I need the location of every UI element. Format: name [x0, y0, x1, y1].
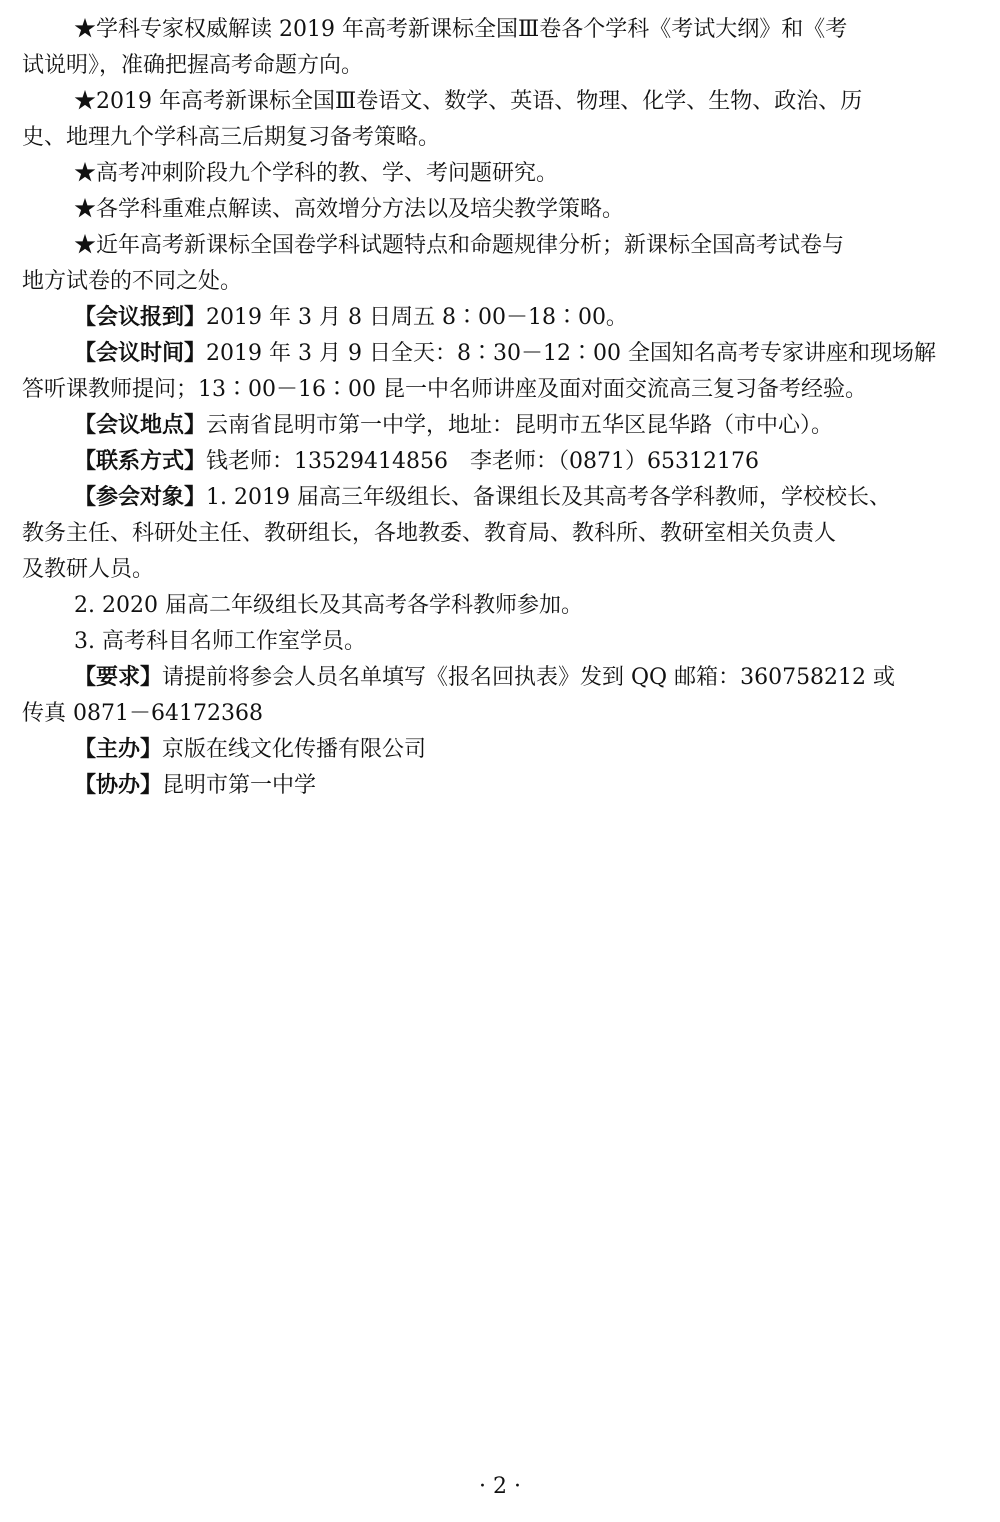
participants-label: 【参会对象】: [74, 485, 206, 510]
host-line: 【主办】京版在线文化传播有限公司: [74, 734, 426, 766]
participants-text-1: 1. 2019 届高三年级组长、备课组长及其高考各学科教师，学校校长、: [206, 485, 891, 510]
cohost-line: 【协办】昆明市第一中学: [74, 770, 316, 802]
requirement-line: 【要求】请提前将参会人员名单填写《报名回执表》发到 QQ 邮箱：36075821…: [74, 662, 895, 694]
requirement-text-1: 请提前将参会人员名单填写《报名回执表》发到 QQ 邮箱：360758212 或: [162, 665, 895, 690]
host-text: 京版在线文化传播有限公司: [162, 737, 426, 762]
highlight-5-line2: 地方试卷的不同之处。: [22, 266, 242, 298]
cohost-label: 【协办】: [74, 773, 162, 798]
page-number: · 2 ·: [0, 1474, 1000, 1499]
cohost-text: 昆明市第一中学: [162, 773, 316, 798]
location-line: 【会议地点】云南省昆明市第一中学，地址：昆明市五华区昆华路（市中心）。: [74, 410, 833, 442]
participants-item-2: 2. 2020 届高二年级组长及其高考各学科教师参加。: [74, 590, 583, 622]
participants-text-2: 教务主任、科研处主任、教研组长，各地教委、教育局、教科所、教研室相关负责人: [22, 518, 836, 550]
host-label: 【主办】: [74, 737, 162, 762]
highlight-2-line1: ★2019 年高考新课标全国Ⅲ卷语文、数学、英语、物理、化学、生物、政治、历: [74, 86, 862, 118]
highlight-5-line1: ★近年高考新课标全国卷学科试题特点和命题规律分析；新课标全国高考试卷与: [74, 230, 844, 262]
registration-line: 【会议报到】2019 年 3 月 8 日周五 8∶00－18∶00。: [74, 302, 628, 334]
participants-item-3: 3. 高考科目名师工作室学员。: [74, 626, 366, 658]
registration-text: 2019 年 3 月 8 日周五 8∶00－18∶00。: [206, 305, 628, 330]
contact-line: 【联系方式】钱老师：13529414856 李老师：（0871）65312176: [74, 446, 759, 478]
participants-line: 【参会对象】1. 2019 届高三年级组长、备课组长及其高考各学科教师，学校校长…: [74, 482, 891, 514]
time-label: 【会议时间】: [74, 341, 206, 366]
highlight-3: ★高考冲刺阶段九个学科的教、学、考问题研究。: [74, 158, 558, 190]
contact-text: 钱老师：13529414856 李老师：（0871）65312176: [206, 449, 759, 474]
location-label: 【会议地点】: [74, 413, 206, 438]
registration-label: 【会议报到】: [74, 305, 206, 330]
requirement-text-2: 传真 0871－64172368: [22, 698, 263, 730]
highlight-4: ★各学科重难点解读、高效增分方法以及培尖教学策略。: [74, 194, 624, 226]
location-text: 云南省昆明市第一中学，地址：昆明市五华区昆华路（市中心）。: [206, 413, 833, 438]
highlight-1-line2: 试说明》，准确把握高考命题方向。: [22, 50, 363, 82]
time-text-1: 2019 年 3 月 9 日全天：8∶30－12∶00 全国知名高考专家讲座和现…: [206, 341, 936, 366]
time-line: 【会议时间】2019 年 3 月 9 日全天：8∶30－12∶00 全国知名高考…: [74, 338, 936, 370]
requirement-label: 【要求】: [74, 665, 162, 690]
highlight-2-line2: 史、地理九个学科高三后期复习备考策略。: [22, 122, 440, 154]
contact-label: 【联系方式】: [74, 449, 206, 474]
highlight-1-line1: ★学科专家权威解读 2019 年高考新课标全国Ⅲ卷各个学科《考试大纲》和《考: [74, 14, 847, 46]
time-text-2: 答听课教师提问；13∶00－16∶00 昆一中名师讲座及面对面交流高三复习备考经…: [22, 374, 867, 406]
participants-text-3: 及教研人员。: [22, 554, 154, 586]
